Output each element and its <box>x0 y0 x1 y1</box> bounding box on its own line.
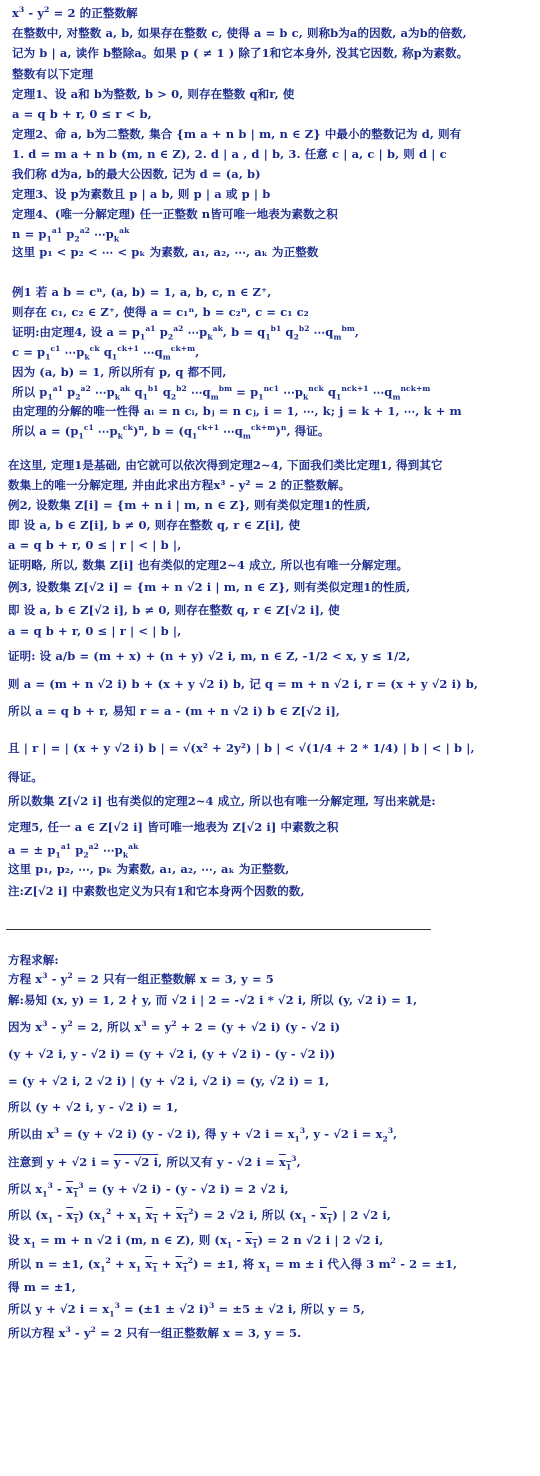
theorem-2: 定理2、命 a, b为二整数, 集合 {m a + n b | m, n ∈ Z… <box>12 127 461 141</box>
example-3-statement: 例3, 设数集 Z[√2 i] = {m + n √2 i | m, n ∈ Z… <box>8 580 410 594</box>
z-sqrt2i-conclusion: 所以数集 Z[√2 i] 也有类似的定理2~4 成立, 所以也有唯一分解定理, … <box>8 794 436 808</box>
solution-conclusion: 所以方程 x3 - y2 = 2 只有一组正整数解 x = 3, y = 5. <box>8 1326 301 1340</box>
theorem-5-note: 这里 p₁, p₂, ⋯, pₖ 为素数, a₁, a₂, ⋯, aₖ 为正整数… <box>8 862 289 876</box>
theorem-4-formula: n = p1a1 p2a2 ⋯pkak <box>12 227 129 241</box>
example-1-proof-3: 因为 (a, b) = 1, 所以所有 p, q 都不同, <box>12 365 227 379</box>
solution-step-3: (y + √2 i, y - √2 i) = (y + √2 i, (y + √… <box>8 1047 335 1061</box>
example-1-statement: 例1 若 a b = cⁿ, (a, b) = 1, a, b, c, n ∈ … <box>12 285 271 299</box>
example-2-formula: a = q b + r, 0 ≤ | r | < | b |, <box>8 538 181 552</box>
definition-line-2: 记为 b | a, 读作 b整除a。如果 p ( ≠ 1 ) 除了1和它本身外,… <box>12 46 468 60</box>
theorem-1-formula: a = q b + r, 0 ≤ r < b, <box>12 107 152 121</box>
solution-step-13: 所以 y + √2 i = x13 = (±1 ± √2 i)3 = ±5 ± … <box>8 1302 365 1316</box>
analogy-paragraph-2: 数集上的唯一分解定理, 并由此求出方程x³ - y² = 2 的正整数解。 <box>8 478 350 492</box>
theorems-heading: 整数有以下定理 <box>12 67 93 81</box>
example-3-proof-4: 且 | r | = | (x + y √2 i) b | = √(x² + 2y… <box>8 741 475 755</box>
solution-step-5: 所以 (y + √2 i, y - √2 i) = 1, <box>8 1100 178 1114</box>
solution-step-11: 所以 n = ±1, (x12 + x1 x1 + x12) = ±1, 将 x… <box>8 1257 457 1271</box>
example-2-proof: 证明略, 所以, 数集 Z[i] 也有类似的定理2~4 成立, 所以也有唯一分解… <box>8 558 408 572</box>
definition-line-1: 在整数中, 对整数 a, b, 如果存在整数 c, 使得 a = b c, 则称… <box>12 26 467 40</box>
theorem-5-formula: a = ± p1a1 p2a2 ⋯pkak <box>8 843 138 857</box>
example-3-proof-3: 所以 a = q b + r, 易知 r = a - (m + n √2 i) … <box>8 704 340 718</box>
example-2-statement: 例2, 设数集 Z[i] = {m + n i | m, n ∈ Z}, 则有类… <box>8 498 371 512</box>
example-2-property: 即 设 a, b ∈ Z[i], b ≠ 0, 则存在整数 q, r ∈ Z[i… <box>8 518 300 532</box>
example-1-proof-2: c = p1c1 ⋯pkck q1ck+1 ⋯qmck+m, <box>12 345 199 359</box>
solution-step-9: 所以 (x1 - x1) (x12 + x1 x1 + x12) = 2 √2 … <box>8 1208 391 1222</box>
example-1-conclusion: 则存在 c₁, c₂ ∈ Z⁺, 使得 a = c₁ⁿ, b = c₂ⁿ, c … <box>12 305 309 319</box>
solution-heading: 方程求解: <box>8 953 59 967</box>
solution-step-6: 所以由 x3 = (y + √2 i) (y - √2 i), 得 y + √2… <box>8 1127 397 1141</box>
solution-step-2: 因为 x3 - y2 = 2, 所以 x3 = y2 + 2 = (y + √2… <box>8 1020 340 1034</box>
document-title: x3 - y2 = 2 的正整数解 <box>12 6 138 20</box>
example-1-proof-6: 所以 a = (p1c1 ⋯pkck)n, b = (q1ck+1 ⋯qmck+… <box>12 424 329 438</box>
example-3-proof-1: 证明: 设 a/b = (m + x) + (n + y) √2 i, m, n… <box>8 649 410 663</box>
example-1-proof-5: 由定理的分解的唯一性得 aᵢ = n cᵢ, bⱼ = n cⱼ, i = 1,… <box>12 404 462 418</box>
solution-step-4: = (y + √2 i, 2 √2 i) | (y + √2 i, √2 i) … <box>8 1074 329 1088</box>
solution-step-7: 注意到 y + √2 i = y - √2 i, 所以又有 y - √2 i =… <box>8 1155 301 1169</box>
theorem-2-items: 1. d = m a + n b (m, n ∈ Z), 2. d | a , … <box>12 147 447 161</box>
solution-step-1: 解:易知 (x, y) = 1, 2 ∤ y, 而 √2 i | 2 = -√2… <box>8 993 417 1007</box>
theorem-4-note: 这里 p₁ < p₂ < ⋯ < pₖ 为素数, a₁, a₂, ⋯, aₖ 为… <box>12 245 318 259</box>
analogy-paragraph-1: 在这里, 定理1是基础, 由它就可以依次得到定理2~4, 下面我们类比定理1, … <box>8 458 443 472</box>
solution-step-10: 设 x1 = m + n √2 i (m, n ∈ Z), 则 (x1 - x1… <box>8 1233 383 1247</box>
prime-definition-note: 注:Z[√2 i] 中素数也定义为只有1和它本身两个因数的数, <box>8 884 305 898</box>
section-divider <box>6 929 431 930</box>
theorem-5: 定理5, 任一 a ∈ Z[√2 i] 皆可唯一地表为 Z[√2 i] 中素数之… <box>8 820 339 834</box>
solution-step-8: 所以 x13 - x13 = (y + √2 i) - (y - √2 i) =… <box>8 1182 289 1196</box>
example-3-property: 即 设 a, b ∈ Z[√2 i], b ≠ 0, 则存在整数 q, r ∈ … <box>8 603 340 617</box>
solution-step-12: 得 m = ±1, <box>8 1280 76 1294</box>
example-1-proof-4: 所以 p1a1 p2a2 ⋯pkak q1b1 q2b2 ⋯qmbm = p1n… <box>12 385 430 399</box>
example-3-qed: 得证。 <box>8 770 43 784</box>
theorem-1: 定理1、设 a和 b为整数, b > 0, 则存在整数 q和r, 使 <box>12 87 294 101</box>
gcd-definition: 我们称 d为a, b的最大公因数, 记为 d = (a, b) <box>12 167 261 181</box>
example-3-proof-2: 则 a = (m + n √2 i) b + (x + y √2 i) b, 记… <box>8 677 478 691</box>
example-3-formula: a = q b + r, 0 ≤ | r | < | b |, <box>8 624 181 638</box>
theorem-4: 定理4、(唯一分解定理) 任一正整数 n皆可唯一地表为素数之积 <box>12 207 338 221</box>
theorem-3: 定理3、设 p为素数且 p | a b, 则 p | a 或 p | b <box>12 187 270 201</box>
example-1-proof-1: 证明:由定理4, 设 a = p1a1 p2a2 ⋯pkak, b = q1b1… <box>12 325 359 339</box>
solution-claim: 方程 x3 - y2 = 2 只有一组正整数解 x = 3, y = 5 <box>8 972 274 986</box>
